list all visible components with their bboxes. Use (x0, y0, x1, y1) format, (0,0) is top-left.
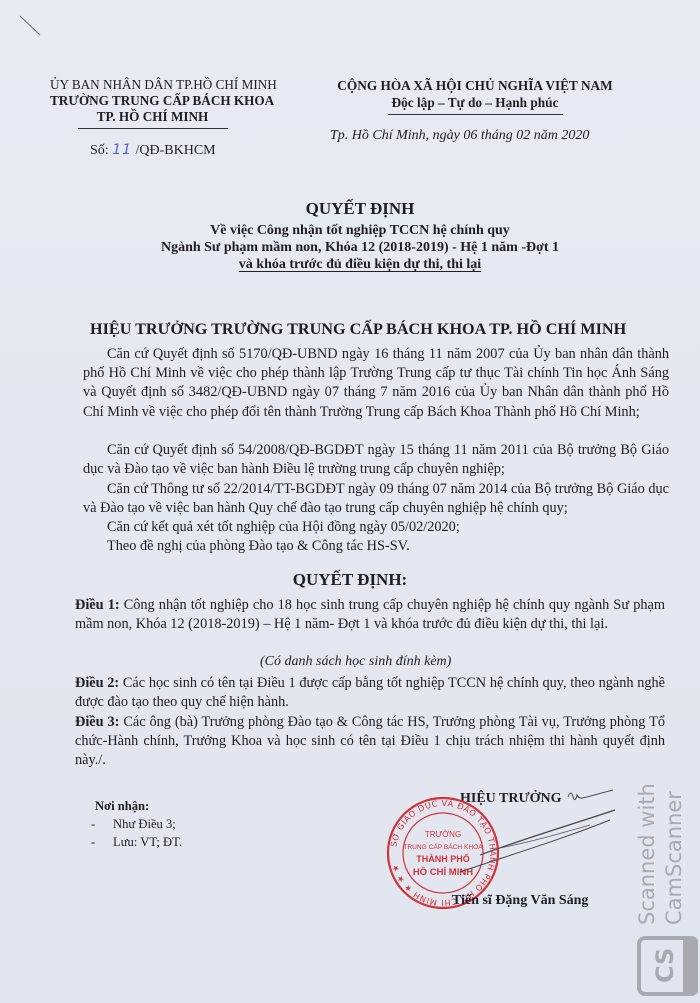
camscanner-watermark: Scanned with CamScanner CS (628, 745, 698, 1000)
place-date: Tp. Hồ Chí Minh, ngày 06 tháng 02 năm 20… (330, 128, 589, 144)
authority-heading: HIỆU TRƯỞNG TRƯỜNG TRUNG CẤP BÁCH KHOA T… (90, 320, 626, 339)
parent-authority: ỦY BAN NHÂN DÂN TP.HỒ CHÍ MINH (50, 77, 255, 93)
legal-basis: Theo đề nghị của phòng Đào tạo & Công tá… (83, 537, 669, 556)
handwritten-signature (440, 780, 620, 890)
national-heading-block: CỘNG HÒA XÃ HỘI CHỦ NGHĨA VIỆT NAM Độc l… (325, 77, 625, 115)
legal-basis: Căn cứ Quyết định số 5170/QĐ-UBND ngày 1… (83, 345, 669, 422)
scanned-page: ỦY BAN NHÂN DÂN TP.HỒ CHÍ MINH TRƯỜNG TR… (0, 0, 700, 1003)
number-prefix: Số: (90, 143, 109, 158)
legal-basis: Căn cứ Quyết định số 54/2008/QĐ-BGDĐT ng… (83, 441, 669, 479)
svg-text:CamScanner: CamScanner (662, 791, 686, 925)
article-text: Các học sinh có tên tại Điều 1 được cấp … (75, 675, 665, 710)
handwritten-number: 11 (112, 142, 132, 158)
article-2: Điều 2: Các học sinh có tên tại Điều 1 đ… (75, 674, 665, 712)
subject-line: và khóa trước đủ điều kiện dự thi, thi l… (239, 257, 481, 272)
recipient-item: -Lưu: VT; ĐT. (95, 833, 182, 851)
article-3: Điều 3: Các ông (bà) Trưởng phòng Đào tạ… (75, 713, 665, 771)
subject-line: Về việc Công nhận tốt nghiệp TCCN hệ chí… (140, 222, 580, 239)
legal-basis: Căn cứ Thông tư số 22/2014/TT-BGDĐT ngày… (83, 480, 669, 518)
school-name-line2: TP. HỒ CHÍ MINH (50, 109, 255, 125)
article-1: Điều 1: Công nhận tốt nghiệp cho 18 học … (75, 596, 665, 634)
attachment-note: (Có danh sách học sinh đính kèm) (260, 654, 451, 670)
number-suffix: /QĐ-BKHCM (136, 143, 216, 158)
recipients-heading: Nơi nhận: (95, 797, 182, 815)
svg-text:Scanned with: Scanned with (635, 783, 659, 925)
signatory-name: Tiến sĩ Đặng Văn Sáng (452, 893, 588, 909)
pen-mark (18, 14, 44, 38)
issuing-authority-block: ỦY BAN NHÂN DÂN TP.HỒ CHÍ MINH TRƯỜNG TR… (50, 77, 255, 129)
document-title: QUYẾT ĐỊNH (150, 199, 570, 219)
svg-text:CS: CS (651, 948, 679, 983)
national-motto: Độc lập – Tự do – Hạnh phúc (325, 94, 625, 111)
decision-heading: QUYẾT ĐỊNH: (230, 570, 470, 590)
school-name-line1: TRƯỜNG TRUNG CẤP BÁCH KHOA (50, 93, 255, 109)
article-label: Điều 1: (75, 597, 120, 613)
article-label: Điều 3: (75, 714, 119, 730)
watermark-graphic: Scanned with CamScanner CS (628, 745, 698, 1000)
recipients-block: Nơi nhận: -Như Điều 3; -Lưu: VT; ĐT. (95, 797, 182, 851)
legal-basis: Căn cứ kết quả xét tốt nghiệp của Hội đồ… (83, 518, 669, 537)
document-subject: Về việc Công nhận tốt nghiệp TCCN hệ chí… (140, 222, 580, 273)
article-text: Công nhận tốt nghiệp cho 18 học sinh tru… (75, 597, 665, 632)
divider (78, 128, 228, 129)
article-text: Các ông (bà) Trưởng phòng Đào tạo & Công… (75, 714, 665, 768)
recipient-item: -Như Điều 3; (95, 815, 182, 833)
document-number: Số: 11 /QĐ-BKHCM (90, 142, 216, 159)
nation-name: CỘNG HÒA XÃ HỘI CHỦ NGHĨA VIỆT NAM (325, 77, 625, 94)
subject-line: Ngành Sư phạm mầm non, Khóa 12 (2018-201… (140, 239, 580, 256)
divider (388, 114, 563, 115)
article-label: Điều 2: (75, 675, 119, 691)
